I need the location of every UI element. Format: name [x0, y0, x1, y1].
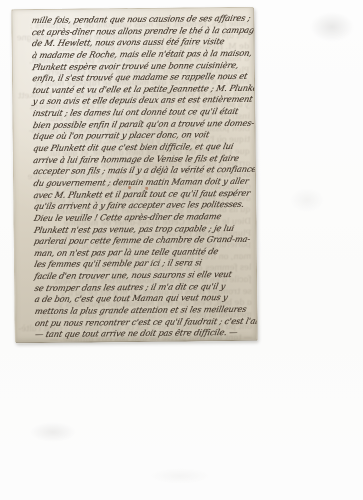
- scan-smudge: [150, 468, 210, 484]
- scan-smudge: [310, 12, 354, 42]
- letter-text: mille fois, pendant que nous causions de…: [30, 13, 250, 342]
- ink-spot: [145, 187, 148, 190]
- letter-page: mille fois, pendant que nous causions de…: [11, 7, 257, 344]
- scan-smudge: [30, 422, 76, 442]
- scan-background: mille fois, pendant que nous causions de…: [0, 0, 363, 500]
- scan-smudge: [290, 188, 324, 212]
- handwritten-line: — tant que tout arrive ne doit pas être …: [34, 327, 254, 341]
- ink-spot: [128, 186, 131, 189]
